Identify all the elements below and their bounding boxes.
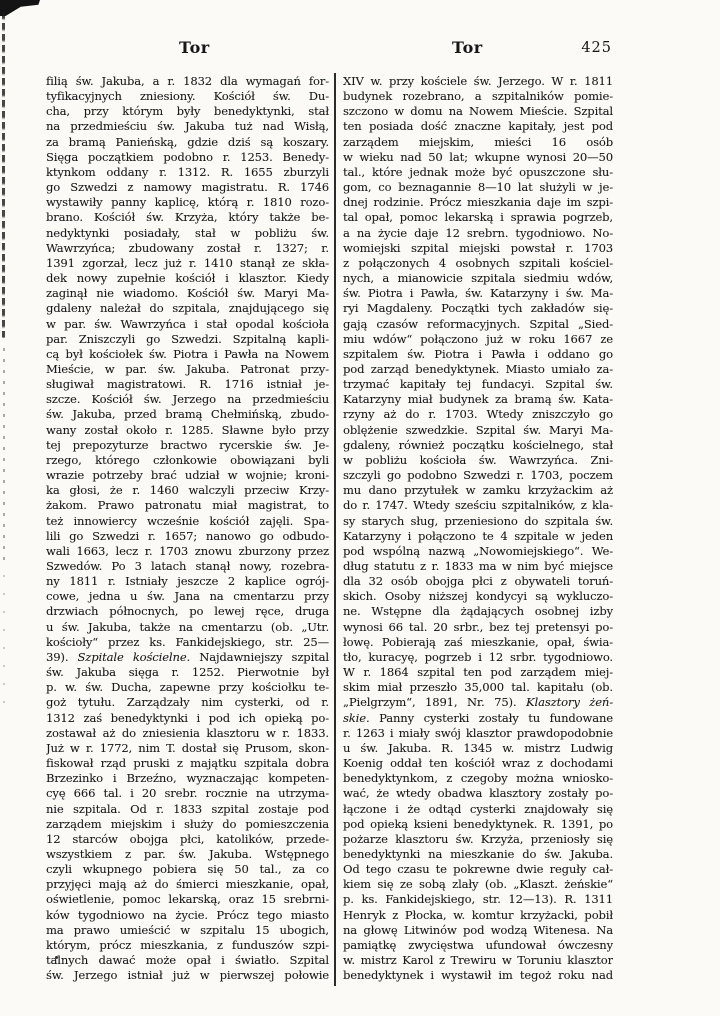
text-run: u św. Jakuba, także na cmentarzu (ob. „U… xyxy=(46,620,329,634)
text-line: Od tego czasu te pokrewne dwie reguły ca… xyxy=(343,862,613,877)
text-run: Katarzyny i połączono te 4 szpitale w je… xyxy=(343,529,613,543)
text-run: ryi Magdaleny. Początki tych zakładów si… xyxy=(343,301,613,315)
text-line: Mieście, w par. św. Jakuba. Patronat prz… xyxy=(46,362,329,377)
page-number: 425 xyxy=(560,40,612,56)
text-line: filią św. Jakuba, a r. 1832 dla wymagań … xyxy=(46,74,329,89)
text-line: cyę 666 tal. i 20 srebr. rocznie na utrz… xyxy=(46,786,329,801)
text-line: miu wdów“ połączono już w roku 1667 ze xyxy=(343,332,613,347)
text-line: św. Jerzego istniał już w pierwszej poło… xyxy=(46,968,329,983)
text-line: skie. Panny cysterki zostały tu fundowan… xyxy=(343,711,613,726)
text-run: lili go Szwedzi r. 1657; nanowo go odbud… xyxy=(46,529,329,543)
text-run: ma prawo umieścić w szpitalu 15 ubogich, xyxy=(46,923,329,937)
text-run: w pobliżu kościoła św. Wawrzyńca. Zni- xyxy=(343,453,613,467)
text-run: do r. 1747. Wtedy sześciu szpitalników, … xyxy=(343,498,613,512)
text-line: cowe, jedna u św. Jana na cmentarzu przy xyxy=(46,589,329,604)
text-run: ktynkom oddany r. 1312. R. 1655 zburzyli xyxy=(46,165,329,179)
text-run: a na życie daje 12 srebrn. tygodniowo. N… xyxy=(343,226,613,240)
text-run: dług statutu z r. 1833 ma w nim być miej… xyxy=(343,559,613,573)
scan-artifact-edge-noise xyxy=(3,575,5,705)
text-run: tyfikacyjnych zniesiony. Kościół św. Du- xyxy=(46,89,329,103)
text-run: szcze. Kościół św. Jerzego na przedmieśc… xyxy=(46,392,329,406)
text-run: Koenig oddał ten kościół wraz z dochodam… xyxy=(343,756,613,770)
text-line: pożarze klasztoru św. Krzyża, przeniosły… xyxy=(343,832,613,847)
text-run: cha, przy którym były benedyktynki, stał xyxy=(46,104,329,118)
text-run: którym, prócz mieszkania, z funduszów sz… xyxy=(46,938,329,952)
text-run: Od tego czasu te pokrewne dwie reguły ca… xyxy=(343,862,613,876)
scan-artifact-corner-blob xyxy=(0,0,40,16)
column-divider-rule xyxy=(334,73,336,986)
text-run: kościoły“ przez ks. Fankidejskiego, str.… xyxy=(46,635,329,649)
text-run: zarządem miejskim, mieści 16 osób służeb… xyxy=(343,135,613,150)
text-line: brano. Kościół św. Krzyża, który także b… xyxy=(46,210,329,225)
text-line: szpitalem św. Piotra i Pawła i oddano go xyxy=(343,347,613,362)
text-line: Sięga początkiem podobno r. 1253. Benedy… xyxy=(46,150,329,165)
text-line: tej prepozyturze bractwo rycerskie św. J… xyxy=(46,438,329,453)
text-line: mu dano przytułek w zamku krzyżackim aż xyxy=(343,483,613,498)
text-line: sy starych sług, przeniesiono do szpital… xyxy=(343,514,613,529)
text-line: zostawał aż do zniesienia klasztoru w r.… xyxy=(46,726,329,741)
text-line: u św. Jakuba. R. 1345 w. mistrz Ludwig xyxy=(343,741,613,756)
text-line: par. Zniszczyli go Szwedzi. Szpitalną ka… xyxy=(46,332,329,347)
text-line: wystawiły panny kaplicę, którą r. 1810 r… xyxy=(46,195,329,210)
text-run: 1391 zgorzał, lecz już r. 1410 stanął ze… xyxy=(46,256,329,270)
text-column-left: filią św. Jakuba, a r. 1832 dla wymagań … xyxy=(46,74,329,983)
text-run: dnej rodzinie. Prócz mieszkania daje im … xyxy=(343,195,613,209)
text-line: nie szpitala. Od r. 1833 szpital zostaje… xyxy=(46,802,329,817)
text-line: fiskował rząd pruski z majątku szpitala … xyxy=(46,756,329,771)
text-line: w wieku nad 50 lat; wkupne wynosi 20—50 xyxy=(343,150,613,165)
text-run: dla 32 osób obojga płci z obywateli toru… xyxy=(343,574,613,588)
text-run: cyę 666 tal. i 20 srebr. rocznie na utrz… xyxy=(46,786,329,800)
text-line: 1312 zaś benedyktynki i pod ich opieką p… xyxy=(46,711,329,726)
text-run: tal., które jednak może być opuszczone s… xyxy=(343,165,613,179)
text-run: cą był kościołek św. Piotra i Pawła na N… xyxy=(46,347,329,361)
text-line: Wawrzyńca; zbudowany został r. 1327; r. xyxy=(46,241,329,256)
text-run: kiem się ze sobą zlały (ob. „Klaszt. żeń… xyxy=(343,877,613,891)
text-line: „Pielgrzym“, 1891, Nr. 75). Klasztory że… xyxy=(343,695,613,710)
text-line: nedyktynki posiadały, stał w pobliżu św. xyxy=(46,226,329,241)
text-run: gdaleny, również początku kościelnego, s… xyxy=(343,438,613,452)
text-run: z połączonych 4 osobnych szpitali koście… xyxy=(343,256,613,270)
text-line: św. Piotra i Pawła, św. Katarzyny i św. … xyxy=(343,286,613,301)
text-run: womiejski szpital miejski powstał r. 170… xyxy=(343,241,613,255)
text-run: Brzezinko i Brzeźno, wyznaczając kompete… xyxy=(46,771,329,785)
text-line: Katarzyny i połączono te 4 szpitale w je… xyxy=(343,529,613,544)
text-line: go Szwedzi z namowy magistratu. R. 1746 xyxy=(46,180,329,195)
text-line: goż tytułu. Zarządzały nim cysterki, od … xyxy=(46,695,329,710)
text-run: rzyny aż do r. 1703. Wtedy zniszczyło go xyxy=(343,407,613,421)
text-line: oblężenie szwedzkie. Szpital św. Maryi M… xyxy=(343,423,613,438)
text-run-italic: skie. xyxy=(343,711,370,725)
text-line: nych, a mianowicie szpitala siedmiu wdów… xyxy=(343,271,613,286)
text-run: benedyktynek i wystawił im tegoż roku na… xyxy=(343,968,613,982)
text-line: pod wspólną nazwą „Nowomiejskiego“. We- xyxy=(343,544,613,559)
text-run: Katarzyny miał budynek za bramą św. Kata… xyxy=(343,392,613,406)
text-run: Panny cysterki zostały tu fundowane xyxy=(370,711,613,725)
text-run-italic: Szpitale kościelne. xyxy=(78,650,191,664)
text-line: sługiwał magistratowi. R. 1716 istniał j… xyxy=(46,377,329,392)
text-run: talnych dawać może opał i światło. Szpit… xyxy=(46,953,329,967)
scan-artifact-edge-noise xyxy=(3,348,5,563)
text-run: szpitalem św. Piotra i Pawła i oddano go xyxy=(343,347,613,361)
text-line: drzwiach północnych, po lewej ręce, drug… xyxy=(46,604,329,619)
text-run: zostawał aż do zniesienia klasztoru w r.… xyxy=(46,726,329,740)
text-line: gom, co beznagannie 8—10 lat służyli w j… xyxy=(343,180,613,195)
text-run: trzymać kapitały tej fundacyi. Szpital ś… xyxy=(343,377,613,391)
text-line: Już w r. 1772, nim T. dostał się Prusom,… xyxy=(46,741,329,756)
text-line: św. Jakuba, przed bramą Chełmińską, zbud… xyxy=(46,407,329,422)
text-run: na głowę Litwinów pod wodzą Witenesa. Na xyxy=(343,923,613,937)
text-run: pożarze klasztoru św. Krzyża, przeniosły… xyxy=(343,832,613,846)
text-line: dług statutu z r. 1833 ma w nim być miej… xyxy=(343,559,613,574)
text-line: ten posiada dość znaczne kapitały, jest … xyxy=(343,119,613,134)
text-run: łowę. Pobierają zaś mieszkanie, opał, św… xyxy=(343,635,613,649)
text-line: zarządem miejskim, mieści 16 osób służeb… xyxy=(343,135,613,150)
text-run: par. Zniszczyli go Szwedzi. Szpitalną ka… xyxy=(46,332,329,346)
text-run: goż tytułu. Zarządzały nim cysterki, od … xyxy=(46,695,329,709)
text-line: ny 1811 r. Istniały jeszcze 2 kaplice og… xyxy=(46,574,329,589)
text-line: r. 1263 i miały swój klasztor prawdopodo… xyxy=(343,726,613,741)
text-run: filią św. Jakuba, a r. 1832 dla wymagań … xyxy=(46,74,329,88)
text-line: a na życie daje 12 srebrn. tygodniowo. N… xyxy=(343,226,613,241)
text-line: skim miał przeszło 35,000 tal. kapitału … xyxy=(343,680,613,695)
text-run: r. 1263 i miały swój klasztor prawdopodo… xyxy=(343,726,613,740)
text-run: czyli wkupnego pobiera się 50 tal., za c… xyxy=(46,862,329,876)
text-run: brano. Kościół św. Krzyża, który także b… xyxy=(46,210,329,224)
text-run: zarządem miejskim i służy do pomieszczen… xyxy=(46,817,329,831)
text-line: Koenig oddał ten kościół wraz z dochodam… xyxy=(343,756,613,771)
text-line: dek nowy zupełnie kościół i klasztor. Ki… xyxy=(46,271,329,286)
text-line: pod opieką ksieni benedyktynek. R. 1391,… xyxy=(343,817,613,832)
text-line: pod zarząd benedyktynek. Miasto umiało z… xyxy=(343,362,613,377)
text-run: Wawrzyńca; zbudowany został r. 1327; r. xyxy=(46,241,329,255)
text-line: benedyktynki na mieszkanie do św. Jakuba… xyxy=(343,847,613,862)
text-run: na przedmieściu św. Jakuba tuż nad Wisłą… xyxy=(46,119,329,133)
text-run: benedyktynki na mieszkanie do św. Jakuba… xyxy=(343,847,613,861)
text-line: wali 1663, lecz r. 1703 znowu zburzony p… xyxy=(46,544,329,559)
text-run: ten posiada dość znaczne kapitały, jest … xyxy=(343,119,613,133)
text-run: pamiątkę zwycięstwa ufundował ówczesny xyxy=(343,938,613,952)
text-run: pod opieką ksieni benedyktynek. R. 1391,… xyxy=(343,817,613,831)
scanned-page: Tor Tor 425 filią św. Jakuba, a r. 1832 … xyxy=(0,0,720,1016)
text-line: benedyktynek i wystawił im tegoż roku na… xyxy=(343,968,613,983)
text-line: wany został około r. 1285. Sławne było p… xyxy=(46,423,329,438)
text-run: Najdawniejszy szpital xyxy=(190,650,329,664)
text-line: Szwedów. Po 3 latach stanął nowy, rozebr… xyxy=(46,559,329,574)
text-line: ków tygodniowo na życie. Prócz tego mias… xyxy=(46,908,329,923)
text-run: żakom. Prawo patronatu miał magistrat, t… xyxy=(46,498,329,512)
text-run: oblężenie szwedzkie. Szpital św. Maryi M… xyxy=(343,423,613,437)
text-line: łączone i że odtąd cysterki znajdowały s… xyxy=(343,802,613,817)
text-run: go Szwedzi z namowy magistratu. R. 1746 xyxy=(46,180,329,194)
text-line: na przedmieściu św. Jakuba tuż nad Wisłą… xyxy=(46,119,329,134)
text-line: zarządem miejskim i służy do pomieszczen… xyxy=(46,817,329,832)
text-run: za bramą Panieńską, gdzie dziś są koszar… xyxy=(46,135,329,149)
text-run: w. mistrz Karol z Trewiru w Toruniu klas… xyxy=(343,953,613,967)
text-run: przyjęci mają aż do śmierci mieszkanie, … xyxy=(46,877,329,891)
text-run: Już w r. 1772, nim T. dostał się Prusom,… xyxy=(46,741,329,755)
text-line: benedyktynkom, z czegoby można wniosko- xyxy=(343,771,613,786)
text-run: gają czasów reformacyjnych. Szpital „Sie… xyxy=(343,317,613,331)
text-line: dla 32 osób obojga płci z obywateli toru… xyxy=(343,574,613,589)
text-run: wać, że wtedy obadwa klasztory zostały p… xyxy=(343,786,613,800)
text-run-italic: Klasztory żeń- xyxy=(526,695,613,709)
text-run: ne. Wstępne dla żądających osobnej izby xyxy=(343,604,613,618)
text-line: pamiątkę zwycięstwa ufundował ówczesny xyxy=(343,938,613,953)
text-line: na głowę Litwinów pod wodzą Witenesa. Na xyxy=(343,923,613,938)
text-line: czyli wkupnego pobiera się 50 tal., za c… xyxy=(46,862,329,877)
text-line: tyfikacyjnych zniesiony. Kościół św. Du- xyxy=(46,89,329,104)
text-run: w wieku nad 50 lat; wkupne wynosi 20—50 xyxy=(343,150,613,164)
text-line: talnych dawać może opał i światło. Szpit… xyxy=(46,953,329,968)
text-run: nedyktynki posiadały, stał w pobliżu św. xyxy=(46,226,329,240)
text-run: mu dano przytułek w zamku krzyżackim aż xyxy=(343,483,613,497)
text-line: wynosi 66 tal. 20 srbr., bez tej pretens… xyxy=(343,620,613,635)
text-run: szczono w domu na Nowem Mieście. Szpital xyxy=(343,104,613,118)
text-run: skich. Osoby niższej kondycyi są wyklucz… xyxy=(343,589,613,603)
text-run: pod wspólną nazwą „Nowomiejskiego“. We- xyxy=(343,544,613,558)
text-run: nych, a mianowicie szpitala siedmiu wdów… xyxy=(343,271,613,285)
text-line: gdaleny, również początku kościelnego, s… xyxy=(343,438,613,453)
text-line: 12 starców obojga płci, katolików, przed… xyxy=(46,832,329,847)
text-line: zaginął nie wiadomo. Kościół św. Maryi M… xyxy=(46,286,329,301)
text-line: u św. Jakuba, także na cmentarzu (ob. „U… xyxy=(46,620,329,635)
text-run: nie szpitala. Od r. 1833 szpital zostaje… xyxy=(46,802,329,816)
text-run: wystawiły panny kaplicę, którą r. 1810 r… xyxy=(46,195,329,209)
text-run: 1312 zaś benedyktynki i pod ich opieką p… xyxy=(46,711,329,725)
text-run: dek nowy zupełnie kościół i klasztor. Ki… xyxy=(46,271,329,285)
text-line: p. w. św. Ducha, zapewne przy kościołku … xyxy=(46,680,329,695)
text-line: też innowiercy wcześnie kościół zajęli. … xyxy=(46,514,329,529)
text-column-right: XIV w. przy kościele św. Jerzego. W r. 1… xyxy=(343,74,613,983)
text-line: cą był kościołek św. Piotra i Pawła na N… xyxy=(46,347,329,362)
text-line: trzymać kapitały tej fundacyi. Szpital ś… xyxy=(343,377,613,392)
text-run: benedyktynkom, z czegoby można wniosko- xyxy=(343,771,613,785)
text-line: cha, przy którym były benedyktynki, stał xyxy=(46,104,329,119)
text-run: sy starych sług, przeniesiono do szpital… xyxy=(343,514,613,528)
text-line: gają czasów reformacyjnych. Szpital „Sie… xyxy=(343,317,613,332)
text-run: p. w. św. Ducha, zapewne przy kościołku … xyxy=(46,680,329,694)
text-line: ne. Wstępne dla żądających osobnej izby xyxy=(343,604,613,619)
text-run: łączone i że odtąd cysterki znajdowały s… xyxy=(343,802,613,816)
text-line: XIV w. przy kościele św. Jerzego. W r. 1… xyxy=(343,74,613,89)
text-line: tło, kuracyę, pogrzeb i 12 srbr. tygodni… xyxy=(343,650,613,665)
text-line: ma prawo umieścić w szpitalu 15 ubogich, xyxy=(46,923,329,938)
text-line: łowę. Pobierają zaś mieszkanie, opał, św… xyxy=(343,635,613,650)
text-run: Sięga początkiem podobno r. 1253. Benedy… xyxy=(46,150,329,164)
text-run: W r. 1864 szpital ten pod zarządem miej- xyxy=(343,665,613,679)
text-line: lili go Szwedzi r. 1657; nanowo go odbud… xyxy=(46,529,329,544)
text-line: ka głosi, że r. 1460 walczyli przeciw Kr… xyxy=(46,483,329,498)
text-line: Katarzyny miał budynek za bramą św. Kata… xyxy=(343,392,613,407)
text-line: z połączonych 4 osobnych szpitali koście… xyxy=(343,256,613,271)
text-line: tal., które jednak może być opuszczone s… xyxy=(343,165,613,180)
text-line: kiem się ze sobą zlały (ob. „Klaszt. żeń… xyxy=(343,877,613,892)
text-line: żakom. Prawo patronatu miał magistrat, t… xyxy=(46,498,329,513)
text-run: p. ks. Fankidejskiego, str. 12—13). R. 1… xyxy=(343,892,613,906)
text-line: dnej rodzinie. Prócz mieszkania daje im … xyxy=(343,195,613,210)
text-run: u św. Jakuba. R. 1345 w. mistrz Ludwig xyxy=(343,741,613,755)
text-run: szczyli go podobno Szwedzi r. 1703, pocz… xyxy=(343,468,613,482)
text-line: św. Jakuba sięga r. 1252. Pierwotnie był xyxy=(46,665,329,680)
text-line: w par. św. Wawrzyńca i stał opodal kości… xyxy=(46,317,329,332)
text-run: św. Jerzego istniał już w pierwszej poło… xyxy=(46,968,329,982)
text-line: oświetlenie, pomoc lekarską, oraz 15 sre… xyxy=(46,892,329,907)
text-line: gdaleny należał do szpitala, znajdująceg… xyxy=(46,301,329,316)
text-line: Brzezinko i Brzeźno, wyznaczając kompete… xyxy=(46,771,329,786)
text-line: Henryk z Płocka, w. komtur krzyżacki, po… xyxy=(343,908,613,923)
text-run: budynek rozebrano, a szpitalników pomie- xyxy=(343,89,613,103)
text-run: 39). xyxy=(46,650,78,664)
text-line: 1391 zgorzał, lecz już r. 1410 stanął ze… xyxy=(46,256,329,271)
scan-artifact-edge-noise xyxy=(2,12,5,338)
text-line: womiejski szpital miejski powstał r. 170… xyxy=(343,241,613,256)
text-run: cowe, jedna u św. Jana na cmentarzu przy xyxy=(46,589,329,603)
text-line: kościoły“ przez ks. Fankidejskiego, str.… xyxy=(46,635,329,650)
text-line: p. ks. Fankidejskiego, str. 12—13). R. 1… xyxy=(343,892,613,907)
running-head-right: Tor xyxy=(452,38,483,57)
text-line: ryi Magdaleny. Początki tych zakładów si… xyxy=(343,301,613,316)
text-line: przyjęci mają aż do śmierci mieszkanie, … xyxy=(46,877,329,892)
text-line: do r. 1747. Wtedy sześciu szpitalników, … xyxy=(343,498,613,513)
text-line: w pobliżu kościoła św. Wawrzyńca. Zni- xyxy=(343,453,613,468)
text-run: miu wdów“ połączono już w roku 1667 ze xyxy=(343,332,613,346)
text-run: sługiwał magistratowi. R. 1716 istniał j… xyxy=(46,377,329,391)
text-run: rzego, którego członkowie obowiązani byl… xyxy=(46,453,329,467)
text-line: którym, prócz mieszkania, z funduszów sz… xyxy=(46,938,329,953)
text-run: tal opał, pomoc lekarską i sprawia pogrz… xyxy=(343,210,613,224)
text-line: rzego, którego członkowie obowiązani byl… xyxy=(46,453,329,468)
text-line: szcze. Kościół św. Jerzego na przedmieśc… xyxy=(46,392,329,407)
text-run: gdaleny należał do szpitala, znajdująceg… xyxy=(46,301,329,315)
text-run: Szwedów. Po 3 latach stanął nowy, rozebr… xyxy=(46,559,329,573)
text-run: ka głosi, że r. 1460 walczyli przeciw Kr… xyxy=(46,483,329,497)
text-run: XIV w. przy kościele św. Jerzego. W r. 1… xyxy=(343,74,613,88)
text-run: ków tygodniowo na życie. Prócz tego mias… xyxy=(46,908,329,922)
text-line: ktynkom oddany r. 1312. R. 1655 zburzyli xyxy=(46,165,329,180)
text-line: rzyny aż do r. 1703. Wtedy zniszczyło go xyxy=(343,407,613,422)
text-run: drzwiach północnych, po lewej ręce, drug… xyxy=(46,604,329,618)
text-run: „Pielgrzym“, 1891, Nr. 75). xyxy=(343,695,526,709)
text-run: tej prepozyturze bractwo rycerskie św. J… xyxy=(46,438,329,452)
text-run: też innowiercy wcześnie kościół zajęli. … xyxy=(46,514,329,528)
text-line: budynek rozebrano, a szpitalników pomie- xyxy=(343,89,613,104)
text-line: szczyli go podobno Szwedzi r. 1703, pocz… xyxy=(343,468,613,483)
text-line: skich. Osoby niższej kondycyi są wyklucz… xyxy=(343,589,613,604)
running-head-left: Tor xyxy=(179,38,210,57)
text-line: za bramą Panieńską, gdzie dziś są koszar… xyxy=(46,135,329,150)
text-line: wszystkiem z par. św. Jakuba. Wstępnego xyxy=(46,847,329,862)
text-run: pod zarząd benedyktynek. Miasto umiało z… xyxy=(343,362,613,376)
text-run: wszystkiem z par. św. Jakuba. Wstępnego xyxy=(46,847,329,861)
text-run: oświetlenie, pomoc lekarską, oraz 15 sre… xyxy=(46,892,329,906)
text-line: wrazie potrzeby brać udział w wojnie; kr… xyxy=(46,468,329,483)
text-run: tło, kuracyę, pogrzeb i 12 srbr. tygodni… xyxy=(343,650,613,664)
text-run: św. Jakuba, przed bramą Chełmińską, zbud… xyxy=(46,407,329,421)
text-run: fiskował rząd pruski z majątku szpitala … xyxy=(46,756,329,770)
text-line: W r. 1864 szpital ten pod zarządem miej- xyxy=(343,665,613,680)
text-run: ny 1811 r. Istniały jeszcze 2 kaplice og… xyxy=(46,574,329,588)
text-run: św. Jakuba sięga r. 1252. Pierwotnie był xyxy=(46,665,329,679)
text-run: zaginął nie wiadomo. Kościół św. Maryi M… xyxy=(46,286,329,300)
text-run: w par. św. Wawrzyńca i stał opodal kości… xyxy=(46,317,329,331)
text-run: wrazie potrzeby brać udział w wojnie; kr… xyxy=(46,468,329,482)
text-line: tal opał, pomoc lekarską i sprawia pogrz… xyxy=(343,210,613,225)
text-run: wany został około r. 1285. Sławne było p… xyxy=(46,423,329,437)
text-run: św. Piotra i Pawła, św. Katarzyny i św. … xyxy=(343,286,613,300)
text-run: 12 starców obojga płci, katolików, przed… xyxy=(46,832,329,846)
text-line: w. mistrz Karol z Trewiru w Toruniu klas… xyxy=(343,953,613,968)
text-line: wać, że wtedy obadwa klasztory zostały p… xyxy=(343,786,613,801)
text-line: 39). Szpitale kościelne. Najdawniejszy s… xyxy=(46,650,329,665)
text-run: wynosi 66 tal. 20 srbr., bez tej pretens… xyxy=(343,620,613,634)
text-run: Mieście, w par. św. Jakuba. Patronat prz… xyxy=(46,362,329,376)
text-run: gom, co beznagannie 8—10 lat służyli w j… xyxy=(343,180,613,194)
text-run: skim miał przeszło 35,000 tal. kapitału … xyxy=(343,680,613,694)
text-run: Henryk z Płocka, w. komtur krzyżacki, po… xyxy=(343,908,613,922)
text-line: szczono w domu na Nowem Mieście. Szpital xyxy=(343,104,613,119)
text-run: wali 1663, lecz r. 1703 znowu zburzony p… xyxy=(46,544,329,558)
